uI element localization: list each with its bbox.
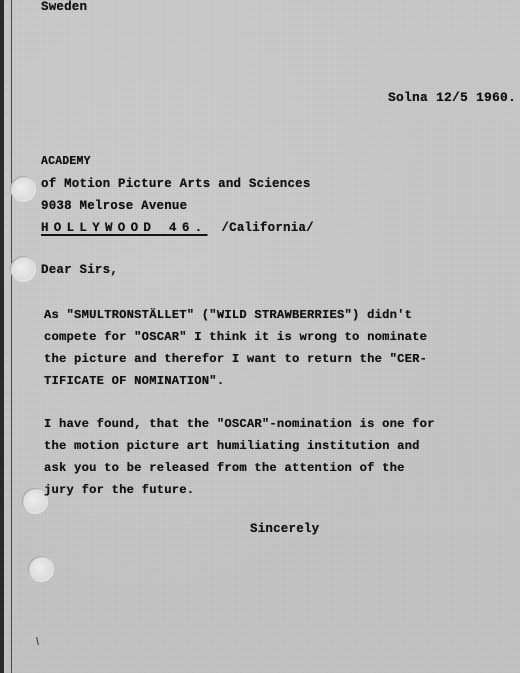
scan-edge-shadow <box>0 0 4 673</box>
paragraph-1-line: the picture and therefor I want to retur… <box>44 353 427 365</box>
margin-line <box>11 0 12 673</box>
salutation: Dear Sirs, <box>41 264 118 277</box>
recipient-line-3: 9038 Melrose Avenue <box>41 200 187 213</box>
closing: Sincerely <box>250 523 319 536</box>
punch-hole <box>10 176 36 202</box>
sender-country: Sweden <box>41 1 87 14</box>
place-date: Solna 12/5 1960. <box>388 91 516 104</box>
pencil-mark <box>36 637 39 645</box>
recipient-line-2: of Motion Picture Arts and Sciences <box>41 178 311 191</box>
letter-page: Sweden Solna 12/5 1960. ACADEMY of Motio… <box>0 0 520 673</box>
paragraph-2-line: the motion picture art humiliating insti… <box>44 440 420 452</box>
paragraph-2-line: I have found, that the "OSCAR"-nominatio… <box>44 418 435 430</box>
paragraph-2-line: jury for the future. <box>44 484 194 496</box>
paragraph-1-line: TIFICATE OF NOMINATION". <box>44 375 224 387</box>
paragraph-2-line: ask you to be released from the attentio… <box>44 462 405 474</box>
recipient-state: /California/ <box>221 221 313 235</box>
recipient-city-line: HOLLYWOOD 46./California/ <box>41 222 314 235</box>
paragraph-1-line: As "SMULTRONSTÄLLET" ("WILD STRAWBERRIES… <box>44 309 412 321</box>
punch-hole <box>10 256 36 282</box>
paragraph-1-line: compete for "OSCAR" I think it is wrong … <box>44 331 427 343</box>
recipient-city: HOLLYWOOD 46. <box>41 221 207 235</box>
punch-hole <box>28 556 54 582</box>
recipient-line-1: ACADEMY <box>41 156 91 168</box>
